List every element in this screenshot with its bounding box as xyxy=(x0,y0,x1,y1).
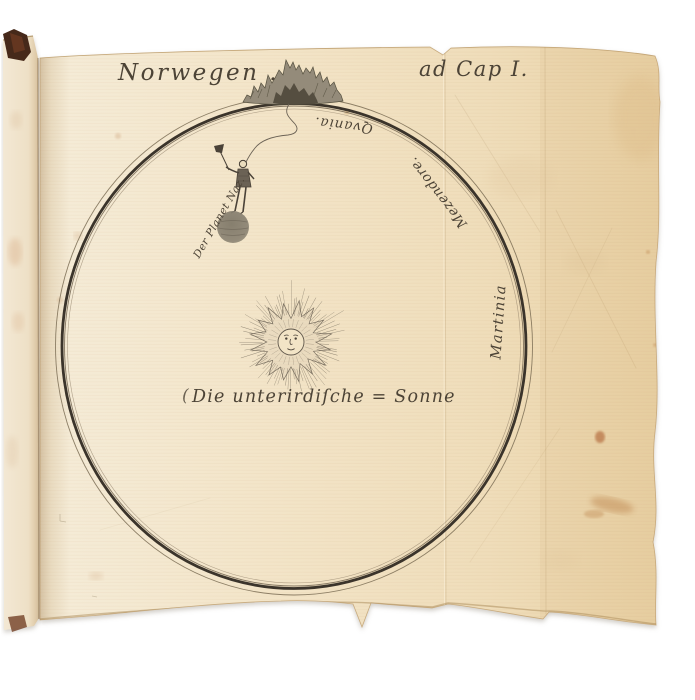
label-ad-cap: ad Cap I. xyxy=(419,57,529,81)
caption-paren: ( xyxy=(182,386,189,406)
book-plate-svg: Norwegen . ad Cap I. Qvania. Mezendore. … xyxy=(0,0,695,700)
label-norwegen: Norwegen . xyxy=(117,60,279,86)
stain xyxy=(6,436,18,468)
stain xyxy=(12,312,24,332)
page-photo: Norwegen . ad Cap I. Qvania. Mezendore. … xyxy=(0,0,695,700)
previous-page-edge xyxy=(3,36,39,630)
stain xyxy=(10,111,22,129)
stain xyxy=(8,238,22,266)
gutter-fold-line xyxy=(38,58,39,619)
caption-sonne: Die unterirdiſche = Sonne xyxy=(191,387,456,407)
spine-fragment-bottom xyxy=(8,615,27,632)
